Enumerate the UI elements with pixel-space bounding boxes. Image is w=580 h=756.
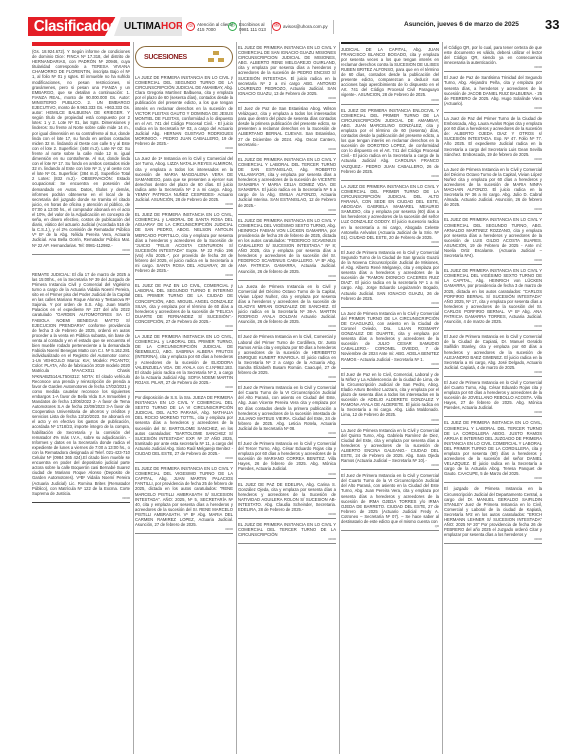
column-4: JUDICIAL DE LA CAPITAL, Abg. JUAN FRANCI… bbox=[341, 42, 439, 754]
notice-reference-number: 00000 bbox=[32, 497, 130, 500]
notice-text: (Gs. 18.924.672). Y Según informe de con… bbox=[32, 49, 130, 248]
notice-text: Por disposición de S.S. la Sra. JUEZA DE… bbox=[135, 395, 233, 456]
classified-notice: El Juez de Primera Instancia en lo Civil… bbox=[341, 247, 439, 308]
notice-text: La Juez de 1ª Instancia en lo Civil y Co… bbox=[135, 156, 233, 202]
notice-reference-number: 00000 bbox=[135, 528, 233, 531]
boxes-icon bbox=[208, 51, 224, 63]
classified-notice: La Juez de Primera Instancia en lo Civil… bbox=[444, 164, 542, 215]
section-badge-sucesiones: SUCESIONES bbox=[135, 46, 233, 68]
notice-reference-number: 00000 bbox=[238, 432, 336, 435]
notice-reference-number: 00000 bbox=[444, 538, 542, 541]
notice-text: EL JUEZ DE PRIMERA INSTANCIA EN LO CIVIL… bbox=[444, 217, 542, 258]
classified-notice: El Juez de Primera Instancia en lo Civil… bbox=[238, 331, 336, 382]
notice-reference-number: 00000 bbox=[444, 208, 542, 211]
notice-text: El Juez de Paz de San Estanislao Abog. W… bbox=[238, 106, 336, 147]
email-address[interactable]: avisos@uhora.com.py bbox=[283, 24, 328, 29]
whatsapp-icon: ✆ bbox=[228, 22, 237, 31]
classified-notice: La Jueza de Primera Instancia en lo Civi… bbox=[238, 281, 336, 332]
notice-text: EL JUEZ DE PRIMERA INSTANCIA EN LO CIVIL… bbox=[238, 157, 336, 208]
notice-text: El Juez de Primera Instancia en lo Civil… bbox=[341, 250, 439, 301]
notice-text: El juzgado de Primera Instancia en la Ci… bbox=[444, 486, 542, 537]
notice-reference-number: 00000 bbox=[32, 249, 130, 252]
classified-notice: El Juez de Paz en lo Civil, Comercial, L… bbox=[341, 369, 439, 425]
notice-text: EL JUEZ DE PRIMERA INSTANCIA EN LO CIVIL… bbox=[135, 466, 233, 527]
section-title: Clasificados bbox=[28, 17, 115, 36]
notice-text: La Juez de Paz del Primer Turno de la Ci… bbox=[444, 116, 542, 157]
notice-reference-number: 00000 bbox=[444, 477, 542, 480]
classified-notice: (Gs. 18.924.672). Y Según informe de con… bbox=[32, 46, 130, 255]
spacer bbox=[32, 255, 130, 269]
classifieds-columns: (Gs. 18.924.672). Y Según informe de con… bbox=[32, 42, 548, 754]
notice-text: REMATE JUDICIAL: El día 17 de marzo de 2… bbox=[32, 272, 130, 496]
notice-text: El Juez de Primera Instancia en lo Civil… bbox=[444, 380, 542, 410]
notice-text: EL JUEZ DE PRIMERA INSTANCIA EN LO CIVIL… bbox=[444, 420, 542, 476]
classified-notice: LA JUEZ DE PRIMERA INSTANCIA EN LO CIVIL… bbox=[135, 72, 233, 153]
notice-reference-number: 00000 bbox=[238, 275, 336, 278]
classified-notice: El Juez de Primera Instancia en lo Civil… bbox=[444, 331, 542, 377]
notice-reference-number: 00000 bbox=[341, 302, 439, 305]
section-badge-label: SUCESIONES bbox=[144, 54, 187, 61]
classified-notice: El Juez de Primera Instancia en lo Civil… bbox=[238, 438, 336, 479]
contact-whatsapp: ✆ Escribinos al0981 111 013 bbox=[228, 17, 272, 36]
classified-notice: REMATE JUDICIAL: El día 17 de marzo de 2… bbox=[32, 269, 130, 503]
publication-date: Asunción, jueves 6 de marzo de 2025 bbox=[404, 21, 519, 28]
classified-notice: El juzgado de Primera Instancia en la Ci… bbox=[444, 483, 542, 544]
notice-reference-number: 00000 bbox=[135, 386, 233, 389]
notice-text: EL JUEZ DE PRIMERA INSTANCIA EN LO CIVIL… bbox=[238, 45, 336, 96]
notice-reference-number: 00000 bbox=[238, 97, 336, 100]
classified-notice: La Juez de Primera Instancia en lo Civil… bbox=[341, 425, 439, 471]
page-number: 33 bbox=[545, 17, 559, 32]
notice-reference-number: 00000 bbox=[444, 411, 542, 414]
notice-text: La Juez de Primera Instancia en lo Civil… bbox=[341, 428, 439, 464]
notice-reference-number: 00000 bbox=[135, 274, 233, 277]
classified-notice: Por disposición de S.S. la Sra. JUEZA DE… bbox=[135, 392, 233, 463]
notice-reference-number: 00000 bbox=[341, 464, 439, 467]
column-divider bbox=[339, 42, 340, 754]
notice-text: EL JUEZ DE PRIMERA INSTANCIA EN LO CIVIL… bbox=[444, 268, 542, 324]
notice-reference-number: 00000 bbox=[238, 148, 336, 151]
classified-notice: el Código QR, por lo cual, para tener ce… bbox=[444, 42, 542, 72]
column-divider bbox=[133, 42, 134, 754]
classified-notice: EL JUEZ DE PRIMERA INSTANCIA EN LO CIVIL… bbox=[238, 519, 336, 544]
classified-notice: EL JUEZ DE PRIMERA INSTANCIA EN LO CIVIL… bbox=[135, 463, 233, 534]
classified-notice: El Juez de Primera Instancia en lo Civil… bbox=[238, 382, 336, 438]
notice-text: La Juez de Primera Instancia en lo Civil… bbox=[341, 311, 439, 362]
notice-reference-number: 00000 bbox=[341, 363, 439, 366]
classified-notice: EL JUEZ DE PRIMERA INSTANCIA EN LO CIVIL… bbox=[238, 42, 336, 103]
notice-reference-number: 00000 bbox=[444, 259, 542, 262]
notice-text: EL JUEZ DE PRIMERA INSTANCIA EN LO CIVIL… bbox=[135, 212, 233, 273]
notice-reference-number: 00000 bbox=[238, 513, 336, 516]
notice-reference-number: 00000 bbox=[341, 99, 439, 102]
notice-text: JUDICIAL DE LA CAPITAL, Abg. JUAN FRANCI… bbox=[341, 47, 439, 98]
notice-text: LA JUEZ DE PRIMERA INSTANCIA EN LO CIVIL… bbox=[135, 334, 233, 385]
newspaper-logo: ULTIMAHORA bbox=[114, 17, 182, 36]
notice-text: El Juez de Primera Instancia en lo Civil… bbox=[341, 473, 439, 524]
classified-notice: EL JUEZ DE PRIMERA INSTANCIA EN LO CIVIL… bbox=[238, 215, 336, 281]
classified-notice: LA JUEZ DE PRIMERA INSTANCIA EN LO CIVIL… bbox=[135, 331, 233, 392]
classified-notice: EL JUEZ DE PRIMERA INSTANCIA EN LO CIVIL… bbox=[444, 214, 542, 265]
classified-notice: El Juez de Primera Instancia en lo Civil… bbox=[444, 377, 542, 418]
divider bbox=[333, 20, 334, 34]
envelope-icon: ✉ bbox=[272, 22, 281, 31]
notice-reference-number: 00000 bbox=[135, 325, 233, 328]
notice-reference-number: 00000 bbox=[238, 376, 336, 379]
classified-notice: EL JUEZ DE PRIMERA INSTANCIA EN LO CIVIL… bbox=[444, 265, 542, 331]
whatsapp-number: 0981 111 013 bbox=[239, 27, 266, 32]
notice-text: LA JUEZ DE PRIMERA INSTANCIA EN LO CIVIL… bbox=[135, 75, 233, 146]
notice-reference-number: 00000 bbox=[238, 209, 336, 212]
notice-reference-number: 00000 bbox=[341, 241, 439, 244]
classified-notice: La Juez de 1ª Instancia en lo Civil y Co… bbox=[135, 153, 233, 209]
classified-notice: La Juez de Paz del Primer Turno de la Ci… bbox=[444, 113, 542, 164]
classified-notice: El Juez de Paz de Santísima Trinidad del… bbox=[444, 72, 542, 113]
classified-notice: EL JUEZ DE PAZ DE EDELIRA, Abg. Carina S… bbox=[238, 479, 336, 520]
notice-reference-number: 00000 bbox=[444, 371, 542, 374]
notice-text: EL JUEZ DE PRIMERA INSTANCIA ENLOCIVIL Y… bbox=[341, 108, 439, 174]
notice-text: El Juez de Primera Instancia en lo Civil… bbox=[238, 441, 336, 471]
classified-notice: EL JUEZ DE PRIMERA INSTANCIA EN LO CIVIL… bbox=[238, 154, 336, 215]
notice-reference-number: 00000 bbox=[135, 203, 233, 206]
classified-notice: EL JUEZ DE PRIMERA INSTANCIA EN LO CIVIL… bbox=[444, 417, 542, 483]
notice-text: EL JUEZ DE PRIMERA INSTANCIA EN LO CIVIL… bbox=[238, 218, 336, 274]
column-3: EL JUEZ DE PRIMERA INSTANCIA EN LO CIVIL… bbox=[238, 42, 336, 754]
notice-reference-number: 00000 bbox=[135, 147, 233, 150]
notice-reference-number: 00000 bbox=[444, 107, 542, 110]
page-header: Clasificados ULTIMAHORA ☏ Atención al cl… bbox=[0, 0, 580, 40]
notice-text: LA JUEZ DE PRIMERA INSTANCIA EN LO CIVIL… bbox=[341, 184, 439, 240]
column-divider bbox=[442, 42, 443, 754]
notice-text: El Juez de Paz de Santísima Trinidad del… bbox=[444, 75, 542, 105]
column-1: (Gs. 18.924.672). Y Según informe de con… bbox=[32, 42, 130, 754]
phone-number: 415 7000 bbox=[197, 27, 216, 32]
notice-text: El Juez de Primera Instancia en lo Civil… bbox=[238, 334, 336, 375]
phone-icon: ☏ bbox=[186, 22, 195, 31]
notice-reference-number: QR bbox=[341, 525, 439, 528]
notice-reference-number: 00000 bbox=[238, 538, 336, 541]
notice-reference-number: 00000 bbox=[341, 175, 439, 178]
classified-notice: EL JUEZ DE PRIMERA INSTANCIA ENLOCIVIL Y… bbox=[341, 105, 439, 181]
notice-reference-number: 00000 bbox=[135, 457, 233, 460]
notice-reference-number: 00000 bbox=[238, 325, 336, 328]
notice-text: El Juez de Paz en lo Civil, Comercial, L… bbox=[341, 372, 439, 418]
notice-text: El Juez de Primera Instancia en lo Civil… bbox=[444, 334, 542, 370]
classified-notice: EL JUEZ DE PAZ EN LO CIVIL, COMERCIAL y … bbox=[135, 280, 233, 331]
contact-email: ✉ avisos@uhora.com.py bbox=[272, 17, 334, 36]
notice-text: La Jueza de Primera Instancia en lo Civi… bbox=[238, 284, 336, 325]
notice-reference-number: 00000 bbox=[341, 419, 439, 422]
notice-text: el Código QR, por lo cual, para tener ce… bbox=[444, 45, 542, 65]
notice-reference-number: 00000 bbox=[444, 66, 542, 69]
column-divider bbox=[236, 42, 237, 754]
logo-ultima: ULTIMA bbox=[124, 21, 161, 32]
notice-reference-number: 00000 bbox=[444, 158, 542, 161]
notice-text: El Juez de Primera Instancia en lo Civil… bbox=[238, 385, 336, 431]
classified-notice: EL JUEZ DE PRIMERA INSTANCIA EN LO CIVIL… bbox=[135, 209, 233, 280]
notice-reference-number: 00000 bbox=[444, 325, 542, 328]
column-2: SUCESIONES LA JUEZ DE PRIMERA INSTANCIA … bbox=[135, 42, 233, 754]
notice-text: EL JUEZ DE PRIMERA INSTANCIA EN LO CIVIL… bbox=[238, 522, 336, 537]
notice-text: La Juez de Primera Instancia en lo Civil… bbox=[444, 167, 542, 208]
classified-notice: La Juez de Primera Instancia en lo Civil… bbox=[341, 308, 439, 369]
notice-text: EL JUEZ DE PAZ DE EDELIRA, Abg. Carina S… bbox=[238, 482, 336, 512]
notice-reference-number: 00000 bbox=[238, 473, 336, 476]
classified-notice: El Juez de Paz de San Estanislao Abog. W… bbox=[238, 103, 336, 154]
column-5: el Código QR, por lo cual, para tener ce… bbox=[444, 42, 542, 754]
notice-text: EL JUEZ DE PAZ EN LO CIVIL, COMERCIAL y … bbox=[135, 283, 233, 324]
classified-notice: LA JUEZ DE PRIMERA INSTANCIA EN LO CIVIL… bbox=[341, 181, 439, 247]
classified-notice: JUDICIAL DE LA CAPITAL, Abg. JUAN FRANCI… bbox=[341, 44, 439, 105]
classified-notice: El Juez de Primera Instancia en lo Civil… bbox=[341, 470, 439, 531]
